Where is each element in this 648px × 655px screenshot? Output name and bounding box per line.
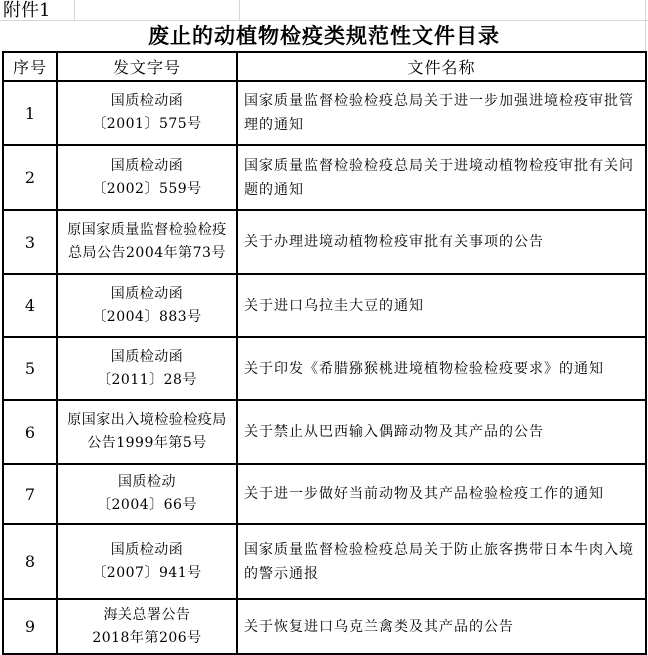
faint-gridline-vertical-1 bbox=[74, 0, 75, 20]
table-row: 3 原国家质量监督检验检疫 总局公告2004年第73号 关于办理进境动植物检疫审… bbox=[3, 210, 646, 274]
header-document-name: 文件名称 bbox=[237, 52, 646, 81]
document-name-cell: 关于恢复进口乌克兰禽类及其产品的公告 bbox=[237, 599, 646, 654]
serial-number-cell: 2 bbox=[3, 145, 57, 210]
document-name-cell: 关于进一步做好当前动物及其产品检验检疫工作的通知 bbox=[237, 464, 646, 524]
serial-number-cell: 7 bbox=[3, 464, 57, 524]
table-row: 1 国质检动函 〔2001〕575号 国家质量监督检验检疫总局关于进一步加强进境… bbox=[3, 81, 646, 145]
table-row: 6 原国家出入境检验检疫局 公告1999年第5号 关于禁止从巴西输入偶蹄动物及其… bbox=[3, 400, 646, 464]
table-header-row: 序号 发文字号 文件名称 bbox=[3, 52, 646, 81]
document-name-cell: 关于进口乌拉圭大豆的通知 bbox=[237, 274, 646, 337]
abolished-documents-table: 序号 发文字号 文件名称 1 国质检动函 〔2001〕575号 国家质量监督检验… bbox=[2, 51, 647, 655]
document-name-cell: 国家质量监督检验检疫总局关于进境动植物检疫审批有关问 题的通知 bbox=[237, 145, 646, 210]
sheet-top-strip: 附件1 bbox=[0, 0, 648, 21]
attachment-label: 附件1 bbox=[3, 0, 50, 21]
document-number-cell: 国质检动 〔2004〕66号 bbox=[57, 464, 237, 524]
table-row: 9 海关总署公告 2018年第206号 关于恢复进口乌克兰禽类及其产品的公告 bbox=[3, 599, 646, 654]
document-number-cell: 国质检动函 〔2011〕28号 bbox=[57, 337, 237, 400]
document-number-cell: 国质检动函 〔2004〕883号 bbox=[57, 274, 237, 337]
header-document-number: 发文字号 bbox=[57, 52, 237, 81]
document-page: 附件1 废止的动植物检疫类规范性文件目录 序号 发文字号 文件名称 1 国质检动… bbox=[0, 0, 648, 655]
header-serial-number: 序号 bbox=[3, 52, 57, 81]
document-number-cell: 国质检动函 〔2001〕575号 bbox=[57, 81, 237, 145]
serial-number-cell: 5 bbox=[3, 337, 57, 400]
document-number-cell: 原国家质量监督检验检疫 总局公告2004年第73号 bbox=[57, 210, 237, 274]
table-row: 2 国质检动函 〔2002〕559号 国家质量监督检验检疫总局关于进境动植物检疫… bbox=[3, 145, 646, 210]
serial-number-cell: 6 bbox=[3, 400, 57, 464]
table-row: 4 国质检动函 〔2004〕883号 关于进口乌拉圭大豆的通知 bbox=[3, 274, 646, 337]
table-row: 8 国质检动函 〔2007〕941号 国家质量监督检验检疫总局关于防止旅客携带日… bbox=[3, 524, 646, 599]
serial-number-cell: 4 bbox=[3, 274, 57, 337]
faint-gridline-right-edge bbox=[645, 0, 646, 51]
faint-gridline-vertical-2 bbox=[239, 0, 240, 20]
document-number-cell: 原国家出入境检验检疫局 公告1999年第5号 bbox=[57, 400, 237, 464]
serial-number-cell: 9 bbox=[3, 599, 57, 654]
table-row: 5 国质检动函 〔2011〕28号 关于印发《希腊猕猴桃进境植物检验检疫要求》的… bbox=[3, 337, 646, 400]
document-name-cell: 关于禁止从巴西输入偶蹄动物及其产品的公告 bbox=[237, 400, 646, 464]
document-name-cell: 国家质量监督检验检疫总局关于防止旅客携带日本牛肉入境 的警示通报 bbox=[237, 524, 646, 599]
document-number-cell: 国质检动函 〔2007〕941号 bbox=[57, 524, 237, 599]
document-number-cell: 海关总署公告 2018年第206号 bbox=[57, 599, 237, 654]
serial-number-cell: 1 bbox=[3, 81, 57, 145]
document-name-cell: 关于印发《希腊猕猴桃进境植物检验检疫要求》的通知 bbox=[237, 337, 646, 400]
document-number-cell: 国质检动函 〔2002〕559号 bbox=[57, 145, 237, 210]
page-title: 废止的动植物检疫类规范性文件目录 bbox=[0, 21, 648, 51]
serial-number-cell: 8 bbox=[3, 524, 57, 599]
document-name-cell: 关于办理进境动植物检疫审批有关事项的公告 bbox=[237, 210, 646, 274]
serial-number-cell: 3 bbox=[3, 210, 57, 274]
document-name-cell: 国家质量监督检验检疫总局关于进一步加强进境检疫审批管 理的通知 bbox=[237, 81, 646, 145]
table-row: 7 国质检动 〔2004〕66号 关于进一步做好当前动物及其产品检验检疫工作的通… bbox=[3, 464, 646, 524]
